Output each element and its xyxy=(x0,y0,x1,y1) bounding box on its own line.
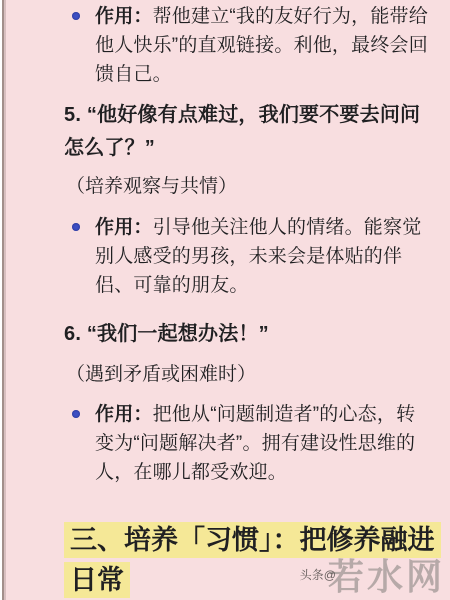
bullet-label: 作用： xyxy=(95,217,153,238)
context-note-empathy: （培养观察与共情） xyxy=(66,172,430,201)
question-heading-5: 5. “他好像有点难过，我们要不要去问问怎么了？” xyxy=(64,99,430,165)
bullet-label: 作用： xyxy=(95,6,153,27)
watermark: 头条@ 若水网 xyxy=(300,549,445,600)
bullet-icon xyxy=(72,223,80,231)
context-note-conflict: （遇到矛盾或困难时） xyxy=(66,360,430,389)
bullet-item: 作用：帮他建立“我的友好行为，能带给他人快乐”的直观链接。利他，最终会回馈自己。 xyxy=(64,2,430,89)
bullet-text: 作用：引导他关注他人的情绪。能察觉别人感受的男孩，未来会是体贴的伴侣、可靠的朋友… xyxy=(95,213,430,300)
bullet-label: 作用： xyxy=(95,404,153,425)
bullet-item: 作用：把他从“问题制造者”的心态，转变为“问题解决者”。拥有建设性思维的人，在哪… xyxy=(64,400,430,487)
content-area: 作用：帮他建立“我的友好行为，能带给他人快乐”的直观链接。利他，最终会回馈自己。… xyxy=(0,0,450,600)
bullet-icon xyxy=(72,410,80,418)
question-heading-6: 6. “我们一起想办法！” xyxy=(64,318,430,351)
watermark-site-label: 若水网 xyxy=(328,549,445,600)
watermark-source-label: 头条@ xyxy=(300,566,336,583)
bullet-icon xyxy=(72,12,80,20)
bullet-item: 作用：引导他关注他人的情绪。能察觉别人感受的男孩，未来会是体贴的伴侣、可靠的朋友… xyxy=(64,213,430,300)
bullet-text: 作用：帮他建立“我的友好行为，能带给他人快乐”的直观链接。利他，最终会回馈自己。 xyxy=(95,2,430,89)
note-page: 作用：帮他建立“我的友好行为，能带给他人快乐”的直观链接。利他，最终会回馈自己。… xyxy=(0,0,450,600)
bullet-text: 作用：把他从“问题制造者”的心态，转变为“问题解决者”。拥有建设性思维的人，在哪… xyxy=(95,400,430,487)
